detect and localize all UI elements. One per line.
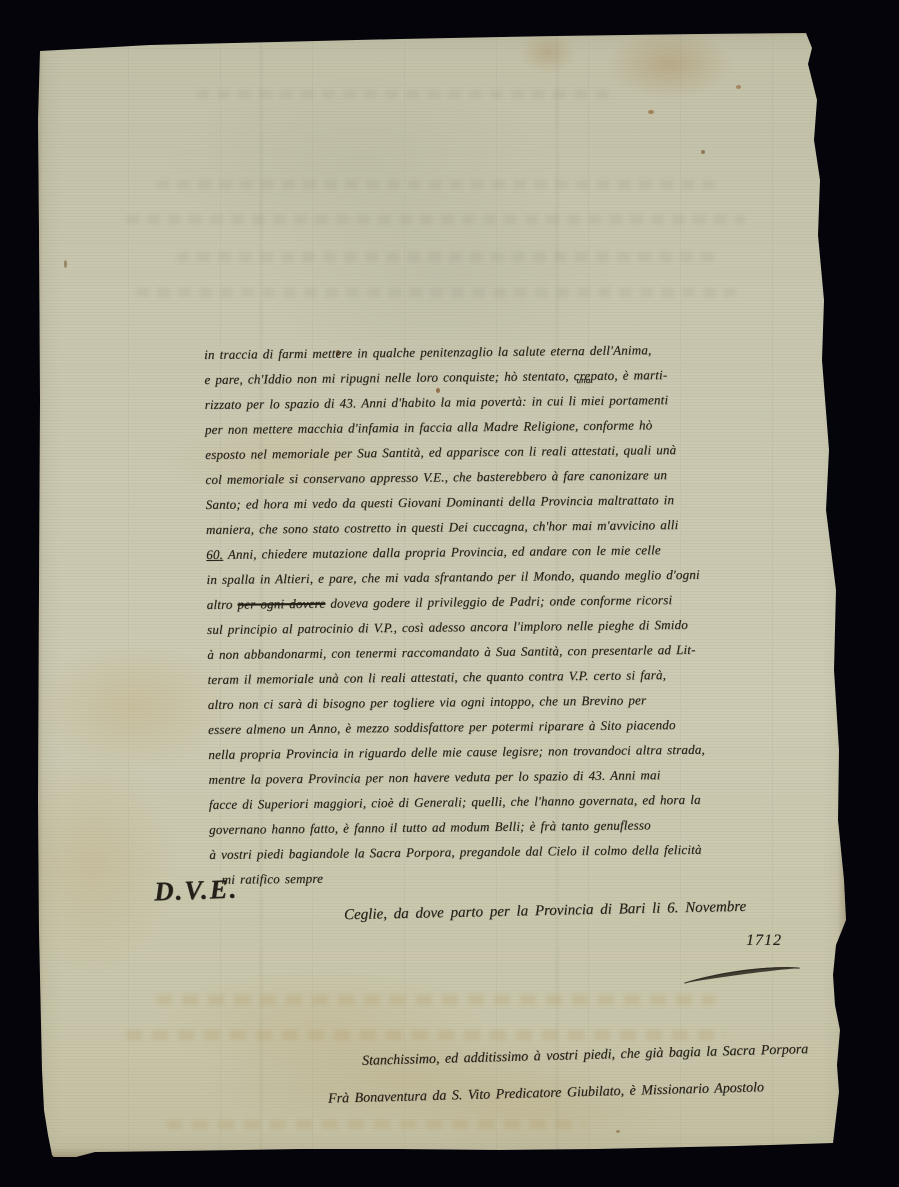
foxing-speck: [736, 85, 741, 89]
bleed-through-ghost-text: [196, 90, 616, 98]
foxing-speck: [616, 1130, 620, 1133]
strikethrough-text: per ogni dovere: [237, 596, 325, 612]
letter-body: in traccia di farmi mettere in qualche p…: [204, 335, 856, 892]
bleed-through-ghost-text: [156, 995, 716, 1005]
foxing-speck: [648, 110, 654, 114]
valediction: mi ratifico sempre: [221, 860, 855, 892]
dateline-year: 1712: [746, 932, 782, 950]
bleed-through-ghost-text: [136, 288, 736, 297]
bleed-through-ghost-text: [176, 252, 716, 262]
bleed-through-ghost-text: [126, 215, 746, 224]
bleed-through-ghost-text: [126, 1030, 726, 1040]
manuscript-paper: in traccia di farmi mettere in qualche p…: [36, 30, 848, 1157]
body-line-rest: Anni, chiedere mutazione dalla propria P…: [223, 542, 661, 562]
pen-flourish-icon: [682, 962, 807, 989]
signature-initials: D.V.E.: [153, 874, 238, 908]
postscript-line: Frà Bonaventura da S. Vito Predicatore G…: [328, 1080, 764, 1107]
underlined-number: 60.: [206, 547, 223, 562]
body-line-pre: altro: [207, 597, 238, 612]
body-line-post: doveva godere il privileggio de Padri; o…: [325, 592, 672, 611]
photo-background: in traccia di farmi mettere in qualche p…: [0, 0, 899, 1187]
postscript-line: Stanchissimo, ed additissimo à vostri pi…: [362, 1042, 809, 1070]
foxing-speck: [701, 150, 705, 154]
bleed-through-ghost-text: [156, 180, 716, 189]
bleed-through-ghost-text: [166, 1120, 586, 1129]
foxing-speck: [64, 260, 67, 268]
interlinear-insertion: una: [576, 376, 590, 385]
dateline: Ceglie, da dove parto per la Provincia d…: [344, 897, 844, 924]
